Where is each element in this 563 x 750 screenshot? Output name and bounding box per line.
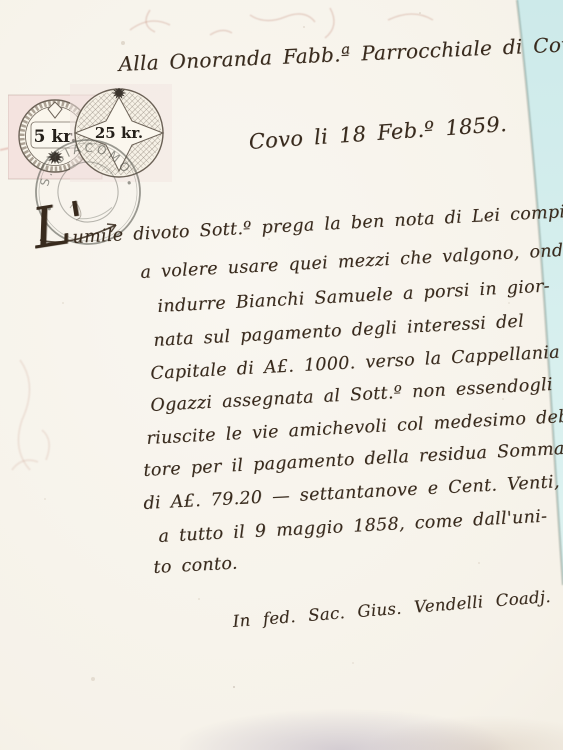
paper-specks bbox=[0, 0, 2, 2]
drop-cap-initial: L' bbox=[28, 190, 91, 263]
scanned-letter: 5 kr. 25 kr. bbox=[0, 0, 563, 750]
